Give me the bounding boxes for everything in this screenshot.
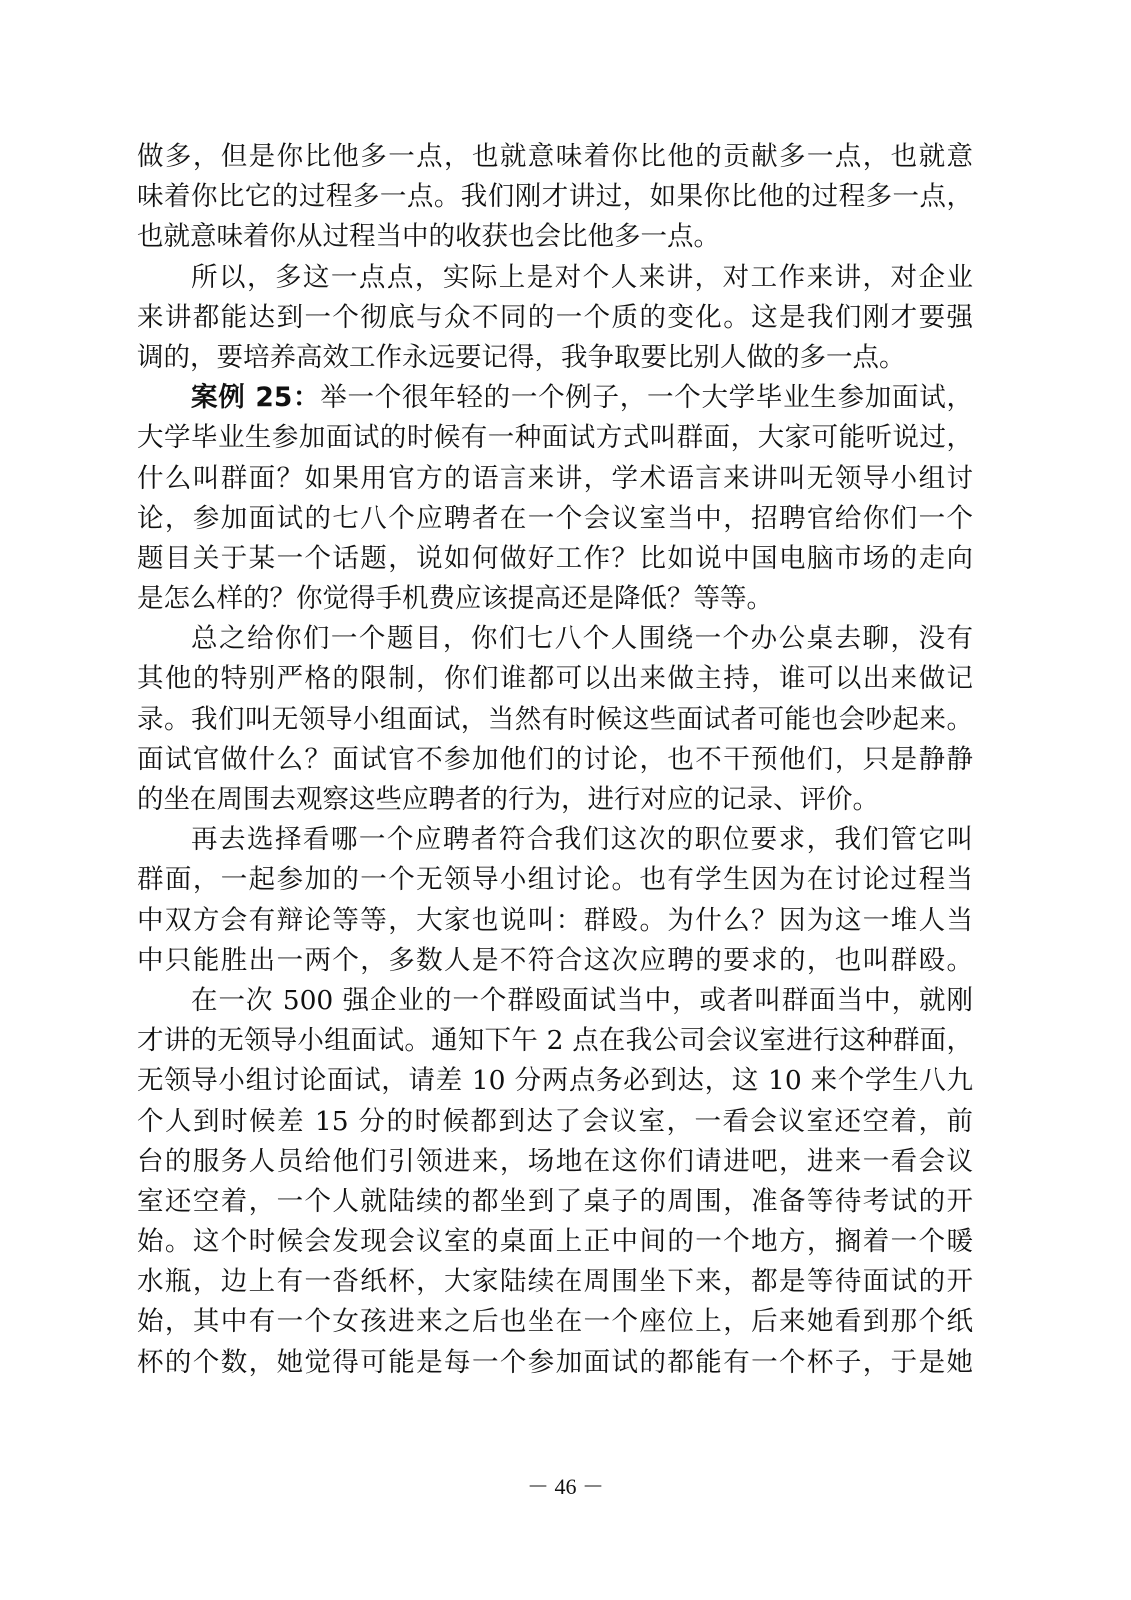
text-line: 案例 25：举一个很年轻的一个例子，一个大学毕业生参加面试， — [137, 378, 973, 418]
text-line: 杯的个数，她觉得可能是每一个参加面试的都能有一个杯子，于是她 — [137, 1343, 973, 1383]
paragraph: 在一次 500 强企业的一个群殴面试当中，或者叫群面当中，就刚 才讲的无领导小组… — [137, 981, 973, 1383]
case-first-line-text: 举一个很年轻的一个例子，一个大学毕业生参加面试， — [320, 382, 973, 413]
text-line: 做多，但是你比他多一点，也就意味着你比他的贡献多一点，也就意 — [137, 137, 973, 177]
text-line: 个人到时候差 15 分的时候都到达了会议室，一看会议室还空着，前 — [137, 1102, 973, 1142]
text-line: 中双方会有辩论等等，大家也说叫：群殴。为什么？因为这一堆人当 — [137, 901, 973, 941]
case-label: 案例 25： — [191, 382, 320, 413]
text-line: 什么叫群面？如果用官方的语言来讲，学术语言来讲叫无领导小组讨 — [137, 459, 973, 499]
text-line: 来讲都能达到一个彻底与众不同的一个质的变化。这是我们刚才要强 — [137, 298, 973, 338]
text-line: 大学毕业生参加面试的时候有一种面试方式叫群面，大家可能听说过， — [137, 418, 973, 458]
page-number: － 46 － — [0, 1470, 1131, 1501]
text-line: 群面，一起参加的一个无领导小组讨论。也有学生因为在讨论过程当 — [137, 860, 973, 900]
text-line: 题目关于某一个话题，说如何做好工作？比如说中国电脑市场的走向 — [137, 539, 973, 579]
text-line: 是怎么样的？你觉得手机费应该提高还是降低？等等。 — [137, 579, 973, 619]
text-line: 录。我们叫无领导小组面试，当然有时候这些面试者可能也会吵起来。 — [137, 700, 973, 740]
text-line: 始。这个时候会发现会议室的桌面上正中间的一个地方，搁着一个暖 — [137, 1222, 973, 1262]
document-body: 做多，但是你比他多一点，也就意味着你比他的贡献多一点，也就意 味着你比它的过程多… — [137, 137, 973, 1383]
paragraph: 总之给你们一个题目，你们七八个人围绕一个办公桌去聊，没有 其他的特别严格的限制，… — [137, 619, 973, 820]
text-line: 其他的特别严格的限制，你们谁都可以出来做主持，谁可以出来做记 — [137, 659, 973, 699]
text-line: 中只能胜出一两个，多数人是不符合这次应聘的要求的，也叫群殴。 — [137, 941, 973, 981]
text-line: 所以，多这一点点，实际上是对个人来讲，对工作来讲，对企业 — [137, 258, 973, 298]
text-line: 总之给你们一个题目，你们七八个人围绕一个办公桌去聊，没有 — [137, 619, 973, 659]
paragraph: 做多，但是你比他多一点，也就意味着你比他的贡献多一点，也就意 味着你比它的过程多… — [137, 137, 973, 258]
text-line: 室还空着，一个人就陆续的都坐到了桌子的周围，准备等待考试的开 — [137, 1182, 973, 1222]
text-line: 味着你比它的过程多一点。我们刚才讲过，如果你比他的过程多一点， — [137, 177, 973, 217]
text-line: 调的，要培养高效工作永远要记得，我争取要比别人做的多一点。 — [137, 338, 973, 378]
text-line: 无领导小组讨论面试，请差 10 分两点务必到达，这 10 来个学生八九 — [137, 1061, 973, 1101]
text-line: 也就意味着你从过程当中的收获也会比他多一点。 — [137, 217, 973, 257]
text-line: 在一次 500 强企业的一个群殴面试当中，或者叫群面当中，就刚 — [137, 981, 973, 1021]
case-paragraph: 案例 25：举一个很年轻的一个例子，一个大学毕业生参加面试， 大学毕业生参加面试… — [137, 378, 973, 619]
paragraph: 所以，多这一点点，实际上是对个人来讲，对工作来讲，对企业 来讲都能达到一个彻底与… — [137, 258, 973, 379]
text-line: 水瓶，边上有一沓纸杯，大家陆续在周围坐下来，都是等待面试的开 — [137, 1262, 973, 1302]
text-line: 始，其中有一个女孩进来之后也坐在一个座位上，后来她看到那个纸 — [137, 1302, 973, 1342]
paragraph: 再去选择看哪一个应聘者符合我们这次的职位要求，我们管它叫 群面，一起参加的一个无… — [137, 820, 973, 981]
text-line: 论，参加面试的七八个应聘者在一个会议室当中，招聘官给你们一个 — [137, 499, 973, 539]
text-line: 再去选择看哪一个应聘者符合我们这次的职位要求，我们管它叫 — [137, 820, 973, 860]
text-line: 才讲的无领导小组面试。通知下午 2 点在我公司会议室进行这种群面， — [137, 1021, 973, 1061]
text-line: 的坐在周围去观察这些应聘者的行为，进行对应的记录、评价。 — [137, 780, 973, 820]
text-line: 面试官做什么？面试官不参加他们的讨论，也不干预他们，只是静静 — [137, 740, 973, 780]
text-line: 台的服务人员给他们引领进来，场地在这你们请进吧，进来一看会议 — [137, 1142, 973, 1182]
